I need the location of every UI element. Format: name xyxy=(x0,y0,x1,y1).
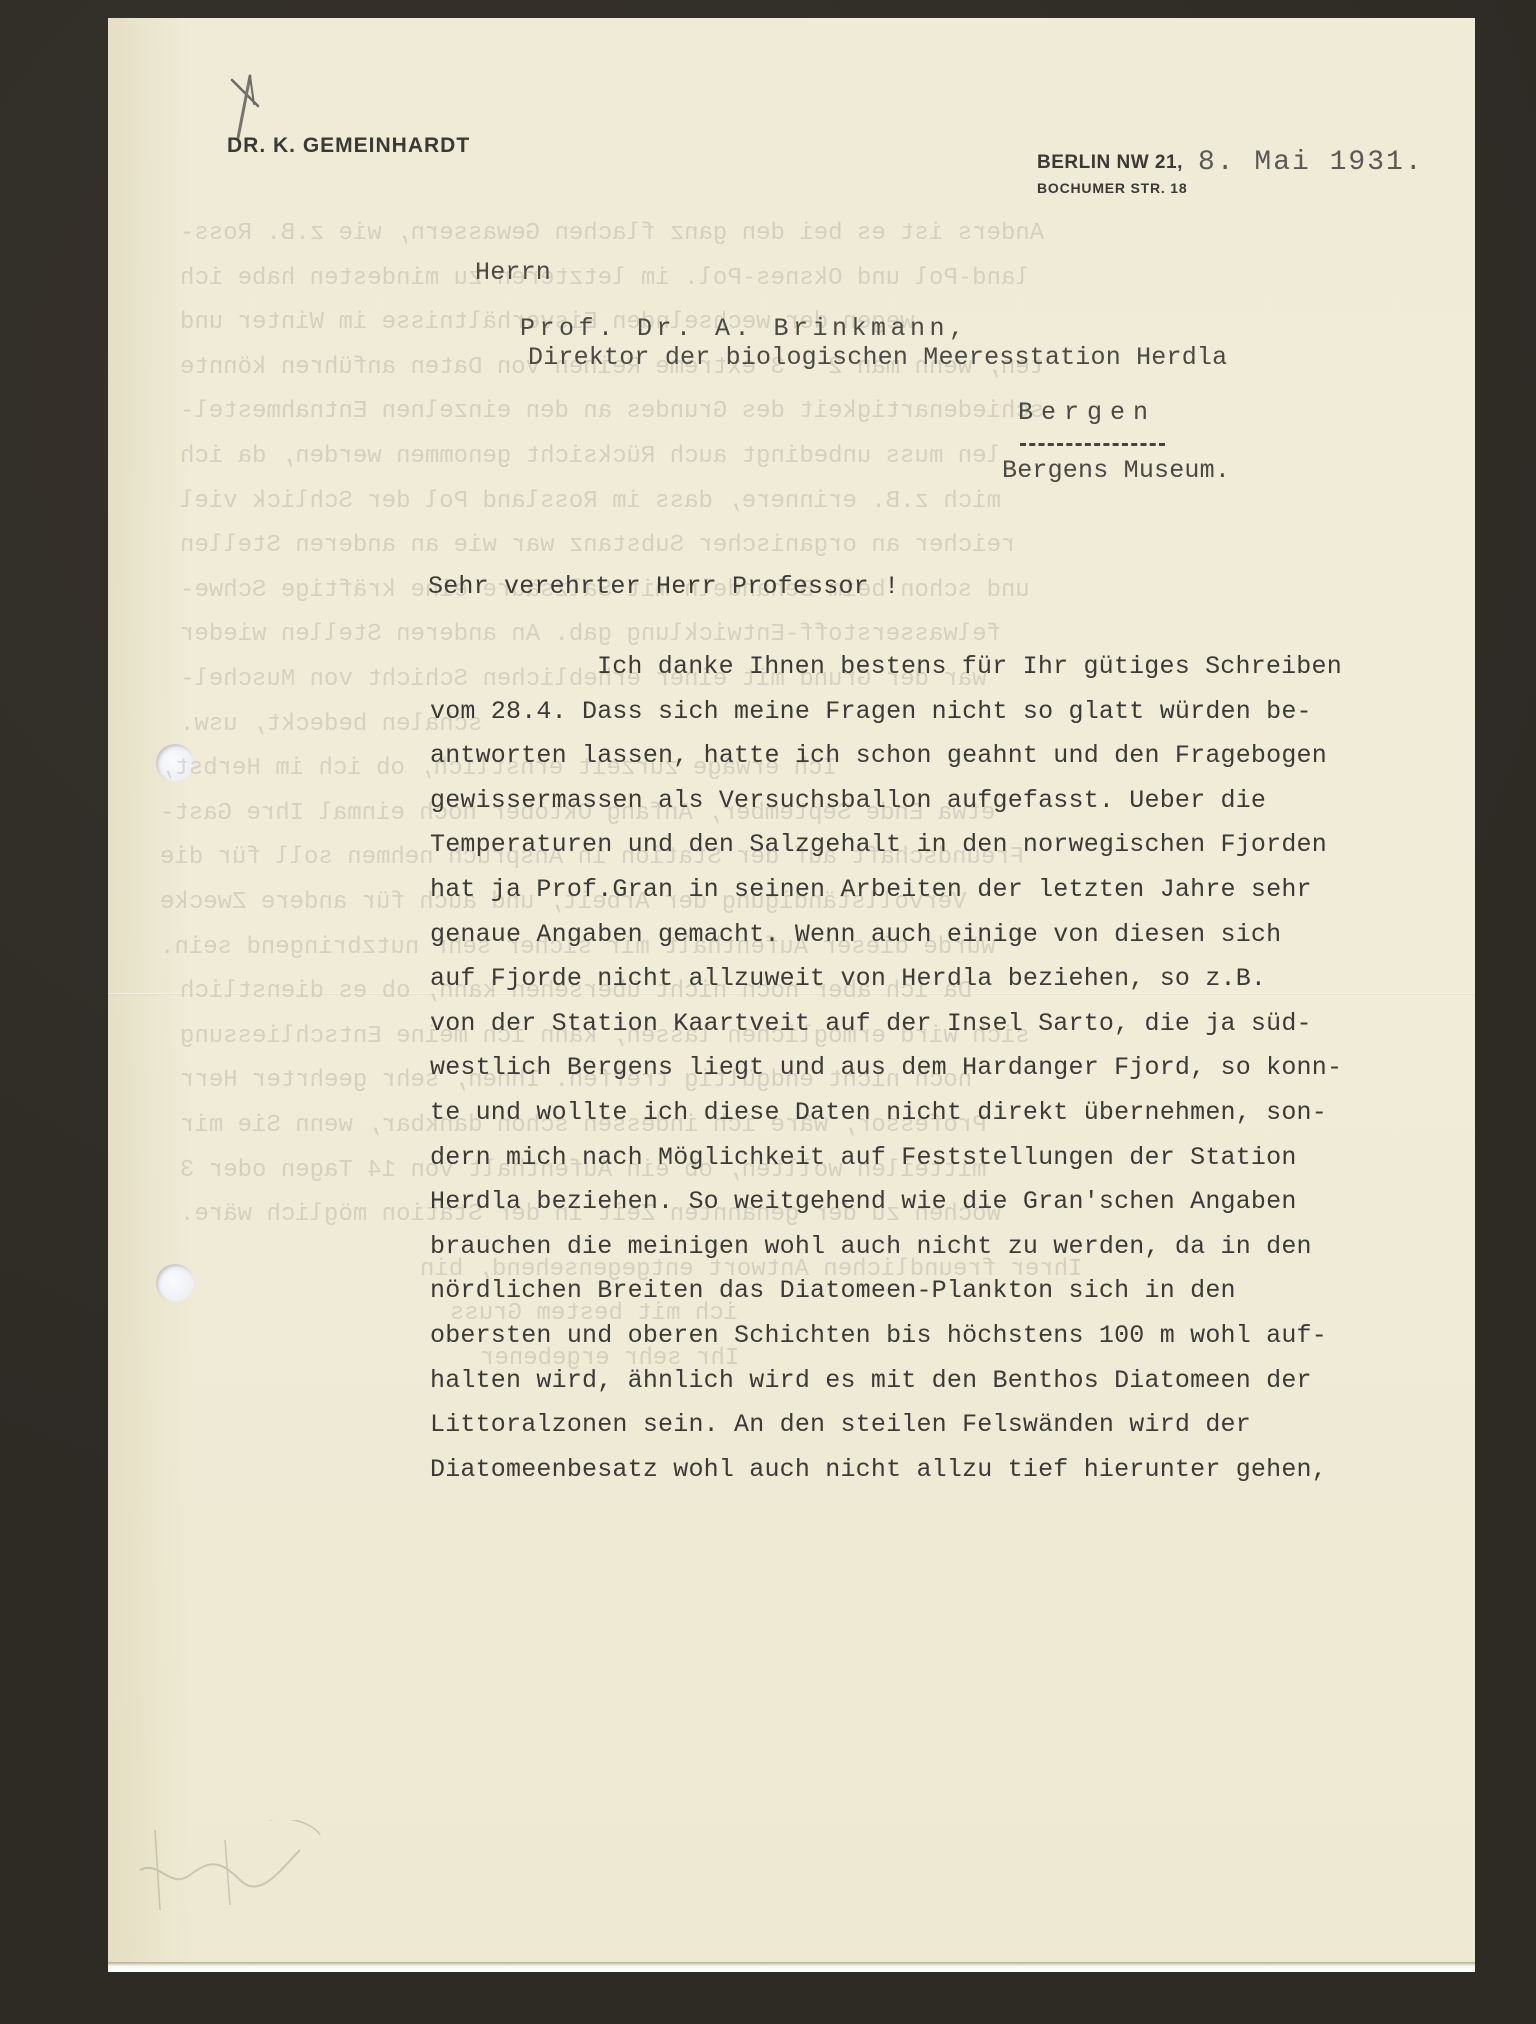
addressee-title: Direktor der biologischen Meeresstation … xyxy=(528,343,1227,372)
body-text-line: brauchen die meinigen wohl auch nicht zu… xyxy=(430,1232,1312,1261)
body-text-line: von der Station Kaartveit auf der Insel … xyxy=(430,1009,1312,1038)
punch-hole-icon xyxy=(156,1264,194,1302)
body-text-line: vom 28.4. Dass sich meine Fragen nicht s… xyxy=(430,697,1312,726)
body-text-line: Temperaturen und den Salzgehalt in den n… xyxy=(430,830,1327,859)
sender-name: DR. K. GEMEINHARDT xyxy=(227,134,470,158)
bleed-through-line: Anders ist es bei den ganz flachen Gewas… xyxy=(180,220,1044,247)
sender-street: BOCHUMER STR. 18 xyxy=(1037,180,1187,196)
bleed-through-line: mich z.B. erinnere, dass im Rossland Pol… xyxy=(180,488,1001,515)
body-text-line: Littoralzonen sein. An den steilen Felsw… xyxy=(430,1410,1251,1439)
body-text-line: genaue Angaben gemacht. Wenn auch einige… xyxy=(430,920,1281,949)
addressee-city-underline xyxy=(1020,443,1165,446)
addressee-city: Bergen xyxy=(1018,398,1156,427)
body-text-line: halten wird, ähnlich wird es mit den Ben… xyxy=(430,1366,1312,1395)
body-text-line: westlich Bergens liegt und aus dem Harda… xyxy=(430,1053,1342,1082)
body-text-line: nördlichen Breiten das Diatomeen-Plankto… xyxy=(430,1276,1236,1305)
bleed-through-line: len muss unbedingt auch Rücksicht genomm… xyxy=(180,443,1001,470)
bleed-through-line: reicher an organischer Substanz war wie … xyxy=(180,532,1015,559)
letter-salutation: Sehr verehrter Herr Professor ! xyxy=(428,572,899,601)
body-text-line: hat ja Prof.Gran in seinen Arbeiten der … xyxy=(430,875,1312,904)
bleed-through-line: land-Pol und Oksnes-Pol. im letzteren zu… xyxy=(180,265,1030,292)
body-text-line: Herdla beziehen. So weitgehend wie die G… xyxy=(430,1187,1297,1216)
addressee-institution: Bergens Museum. xyxy=(1002,456,1230,485)
bleed-through-line: schiedenartigkeit des Grundes an den ein… xyxy=(180,398,1044,425)
signature-bleed-through-icon xyxy=(130,1820,330,1930)
body-text-line: auf Fjorde nicht allzuweit von Herdla be… xyxy=(430,964,1266,993)
paper-bottom-edge xyxy=(108,1962,1475,1972)
body-text-line: gewissermassen als Versuchsballon aufgef… xyxy=(430,786,1266,815)
body-text-line: Ich danke Ihnen bestens für Ihr gütiges … xyxy=(597,652,1342,681)
letter-date: 8. Mai 1931. xyxy=(1198,147,1424,178)
body-text-line: dern mich nach Möglichkeit auf Feststell… xyxy=(430,1143,1297,1172)
addressee-name: Prof. Dr. A. Brinkmann, xyxy=(520,314,969,343)
bleed-through-line: felwasserstoff-Entwicklung gab. An ander… xyxy=(180,621,1001,648)
body-text-line: antworten lassen, hatte ich schon geahnt… xyxy=(430,741,1327,770)
pencil-x-mark-icon xyxy=(228,74,278,140)
sender-city: BERLIN NW 21, xyxy=(1037,152,1183,174)
body-text-line: obersten und oberen Schichten bis höchst… xyxy=(430,1321,1327,1350)
body-text-line: Diatomeenbesatz wohl auch nicht allzu ti… xyxy=(430,1455,1327,1484)
addressee-salutation-line: Herrn xyxy=(475,258,551,287)
body-text-line: te und wollte ich diese Daten nicht dire… xyxy=(430,1098,1327,1127)
